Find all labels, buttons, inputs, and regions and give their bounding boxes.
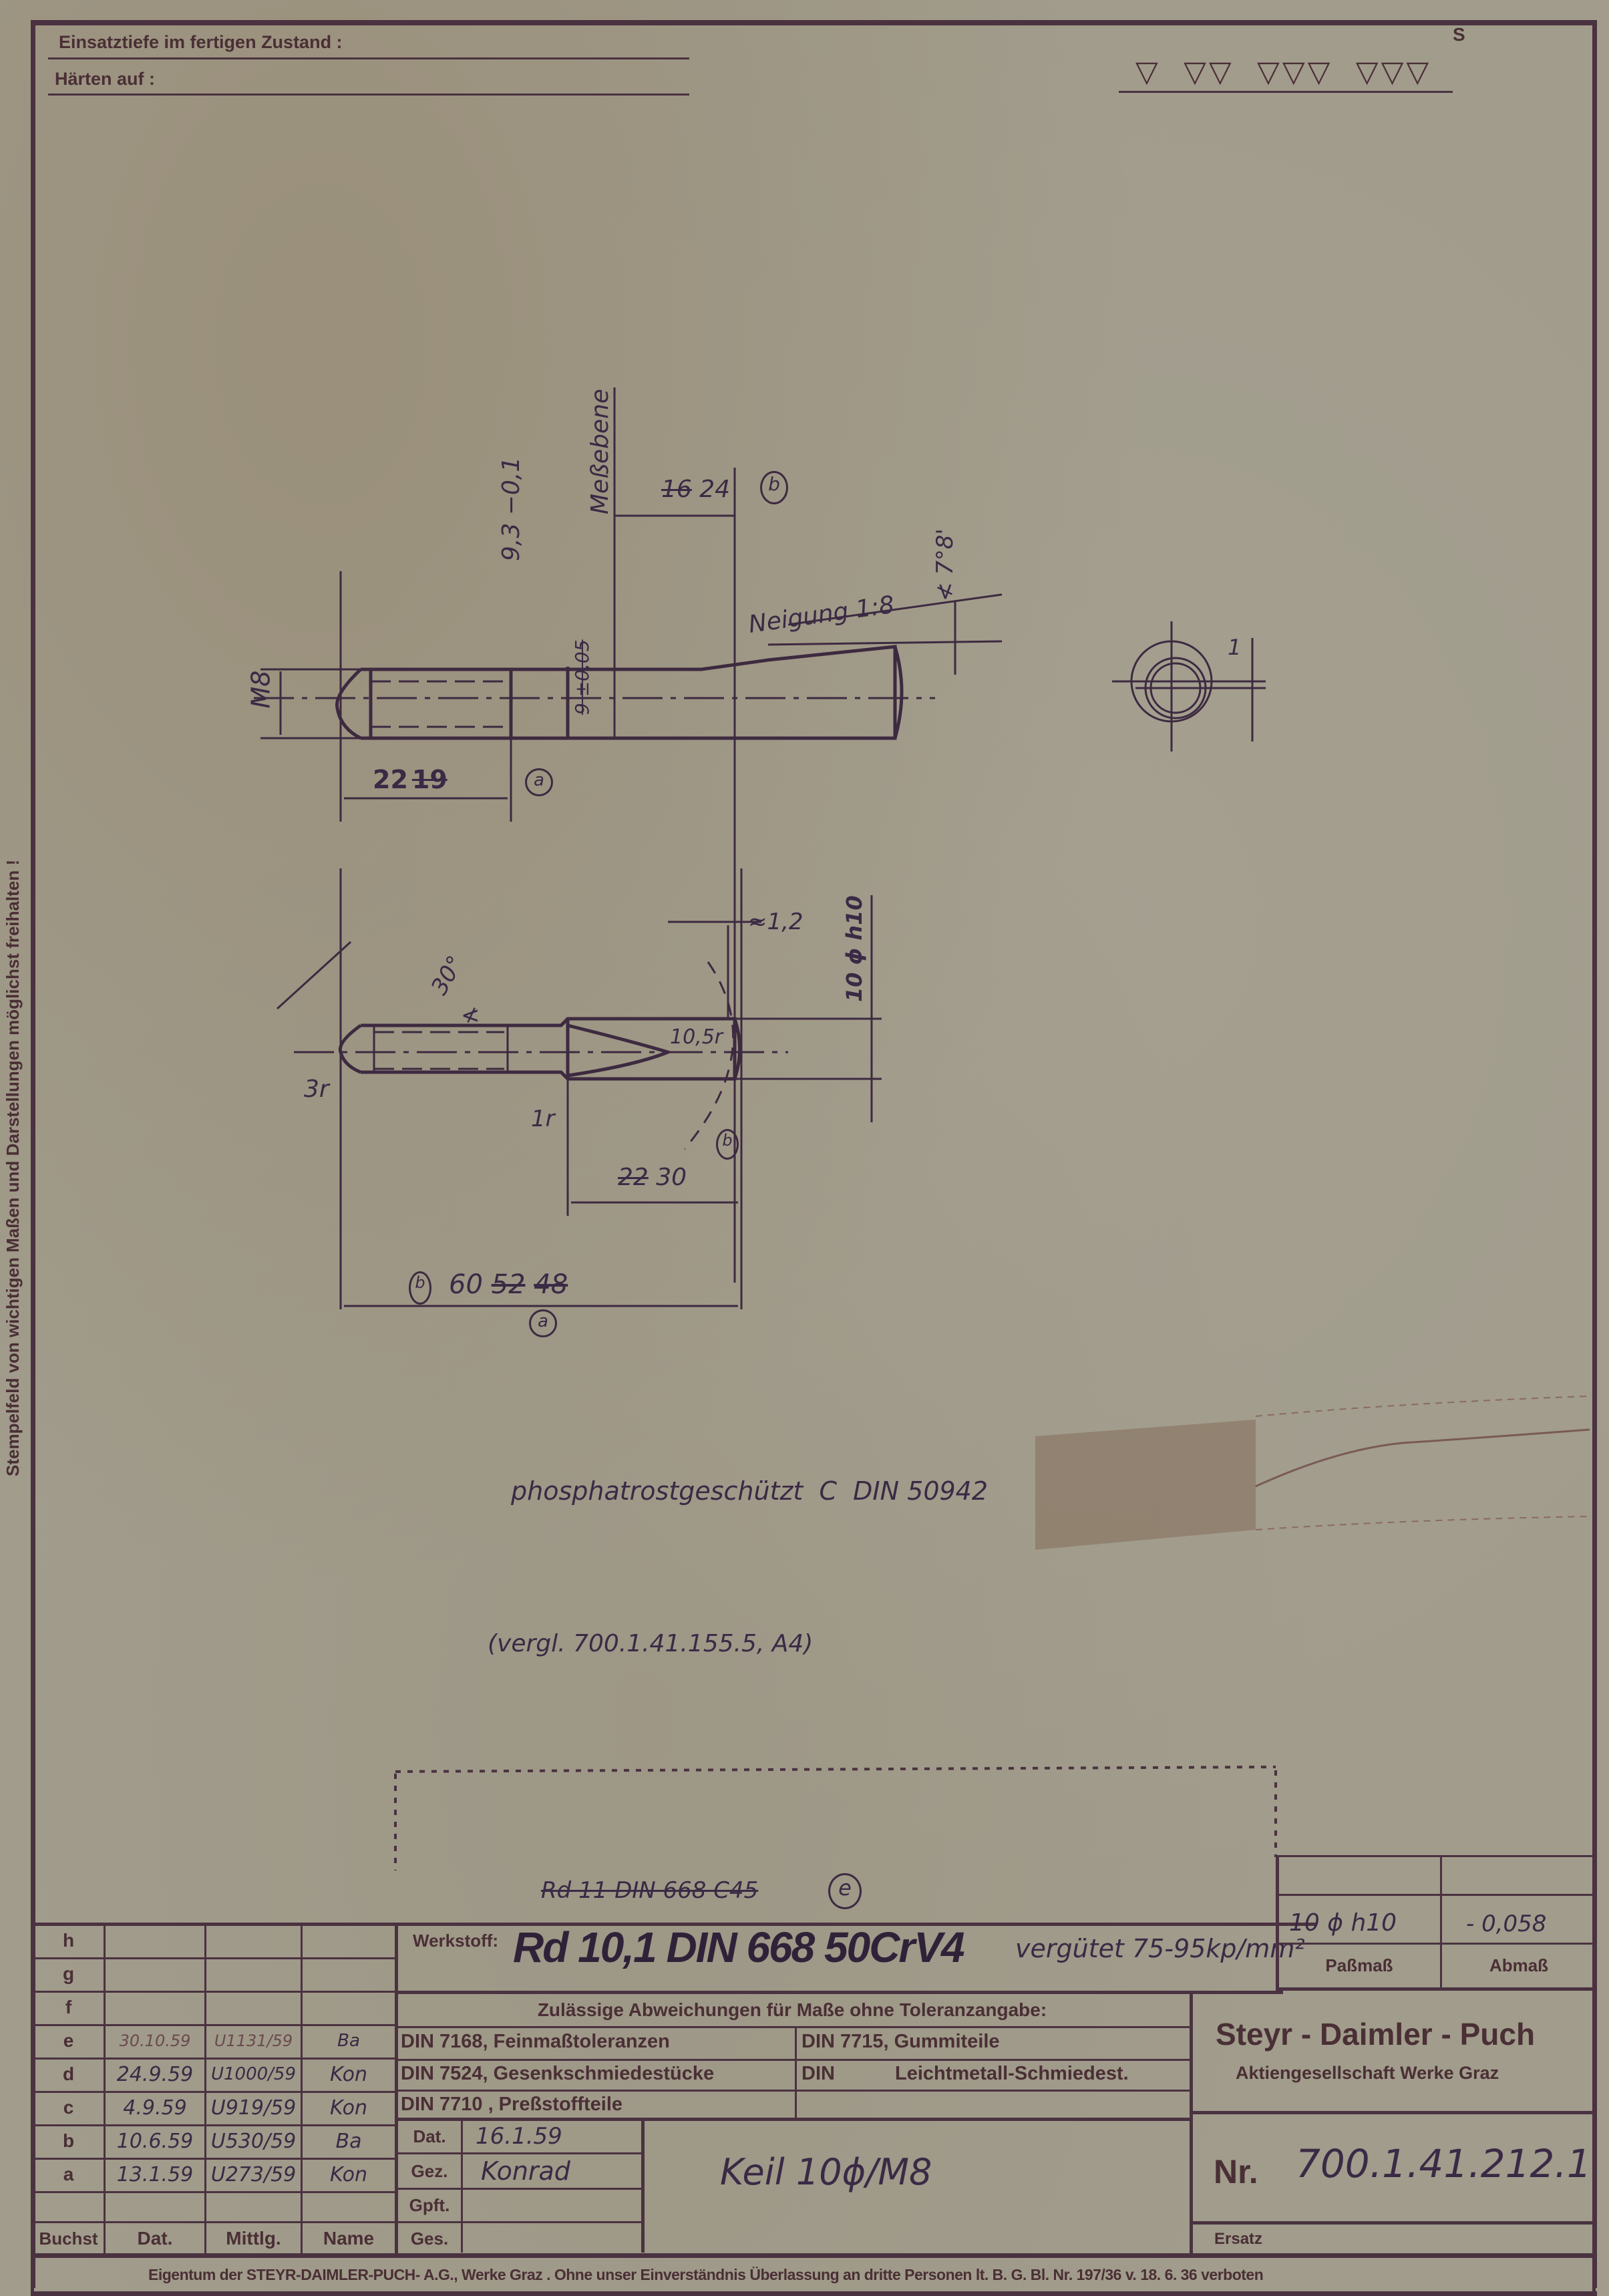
dat-label: Dat. [398, 2121, 461, 2152]
revision-letter: h [33, 1924, 104, 1957]
thread-label: M8 [246, 671, 275, 709]
messebene-label: Meßebene [586, 389, 614, 514]
tolerance-din-7168: DIN 7168, Feinmaßtoleranzen [401, 2031, 670, 2053]
revision-mittlg: U1000/59 [206, 2058, 301, 2091]
radius-10-5-label: 10,5r [670, 1025, 723, 1049]
revision-mittlg: U530/59 [206, 2124, 301, 2158]
revision-letter: b [33, 2124, 104, 2158]
revision-letter: f [33, 1991, 104, 2024]
diameter-struck-label: 9 ±0,05 [571, 639, 593, 715]
tolerance-din-7710: DIN 7710 , Preßstoffteile [401, 2094, 622, 2116]
angle-symbol: ≮ [461, 1002, 480, 1029]
tolerance-din-blank: DIN [801, 2063, 835, 2085]
revision-name: Ba [303, 2024, 395, 2058]
company-name: Steyr - Daimler - Puch [1216, 2016, 1535, 2052]
revision-name: Kon [303, 2091, 395, 2124]
revision-marker-e: e [828, 1873, 862, 1909]
revision-mittlg: U919/59 [206, 2091, 301, 2124]
abmass-label: Abmaß [1443, 1945, 1595, 1985]
company-subtitle: Aktiengesellschaft Werke Graz [1236, 2063, 1499, 2084]
reference-note: (vergl. 700.1.41.155.5, A4) [488, 1630, 813, 1657]
revision-date: 4.9.59 [106, 2091, 204, 2124]
radius-1-label: 1r [531, 1106, 555, 1132]
header-buchst: Buchst [33, 2223, 104, 2254]
revision-date: 13.1.59 [106, 2158, 204, 2191]
revision-marker-a-len: a [529, 1309, 557, 1337]
tolerance-leichtmetall: Leichtmetall-Schmiedest. [895, 2063, 1129, 2085]
dim-1-2-label: ≈1,2 [748, 909, 803, 935]
angle-label: ≮ 7°8' [932, 528, 958, 601]
revision-letter: a [33, 2158, 104, 2191]
part-name: Keil 10ϕ/M8 [720, 2151, 932, 2193]
revision-letter: e [33, 2024, 104, 2058]
header-mittlg: Mittlg. [206, 2223, 301, 2254]
revision-marker-b-len: b [409, 1271, 431, 1305]
revision-marker-b-mid: b [716, 1129, 739, 1160]
header-dat: Dat. [106, 2223, 204, 2254]
revision-date: 10.6.59 [106, 2124, 204, 2158]
drawing-number: 700.1.41.212.1 [1296, 2141, 1592, 2186]
diameter-tolerance-label: 9,3 −0,1 [498, 457, 525, 561]
gez-value: Konrad [481, 2156, 570, 2186]
werkstoff-label: Werkstoff: [413, 1931, 498, 1951]
revision-date: 24.9.59 [106, 2058, 204, 2091]
number-label: Nr. [1214, 2152, 1258, 2191]
header-name: Name [303, 2223, 395, 2254]
gez-label: Gez. [398, 2154, 461, 2188]
passmass-value: 10 ϕ h10 [1289, 1909, 1397, 1937]
tolerance-din-7715: DIN 7715, Gummiteile [801, 2031, 1000, 2053]
werkstoff-treatment: vergütet 75-95kp/mm² [1015, 1934, 1305, 1963]
top-view-outline [361, 647, 895, 738]
dim-24-label: 16 24 [661, 476, 730, 503]
dim-30-label: 22 30 [618, 1164, 687, 1191]
end-view-dim-label: 1 [1228, 635, 1241, 660]
revision-mittlg: U273/59 [206, 2158, 301, 2191]
tolerance-din-7524: DIN 7524, Gesenkschmiedestücke [401, 2063, 714, 2085]
ersatz-label: Ersatz [1214, 2230, 1262, 2249]
ownership-notice: Eigentum der STEYR-DAIMLER-PUCH- A.G., W… [148, 2266, 1263, 2284]
revision-name: Kon [303, 2158, 395, 2191]
abmass-value: - 0,058 [1466, 1911, 1546, 1937]
tolerance-title: Zulässige Abweichungen für Maße ohne Tol… [395, 1994, 1190, 2026]
ges-label: Ges. [398, 2223, 461, 2254]
coating-note: phosphatrostgeschützt C DIN 50942 [511, 1476, 988, 1506]
revision-letter: d [33, 2058, 104, 2091]
passmass-label: Paßmaß [1279, 1945, 1439, 1985]
radius-3-label: 3r [304, 1076, 329, 1103]
revision-date: 30.10.59 [106, 2024, 204, 2058]
gpft-label: Gpft. [398, 2190, 461, 2221]
dim-22-label: 2219 [373, 765, 448, 794]
revision-name: Kon [303, 2058, 395, 2091]
revision-marker-b: b [760, 471, 788, 504]
werkstoff-value: Rd 10,1 DIN 668 50CrV4 [513, 1923, 964, 1972]
revision-letter: g [33, 1957, 104, 1991]
revision-name: Ba [303, 2124, 395, 2158]
dim-60-label: 60 52 48 [449, 1269, 568, 1300]
revision-letter: c [33, 2091, 104, 2124]
diameter-fit-label: 10 ϕ h10 [842, 895, 867, 1002]
dat-value: 16.1.59 [476, 2123, 562, 2150]
old-material-struck: Rd 11 DIN 668 C45 [541, 1877, 758, 1904]
revision-mittlg: U1131/59 [206, 2024, 301, 2058]
revision-marker-a: a [525, 768, 553, 796]
